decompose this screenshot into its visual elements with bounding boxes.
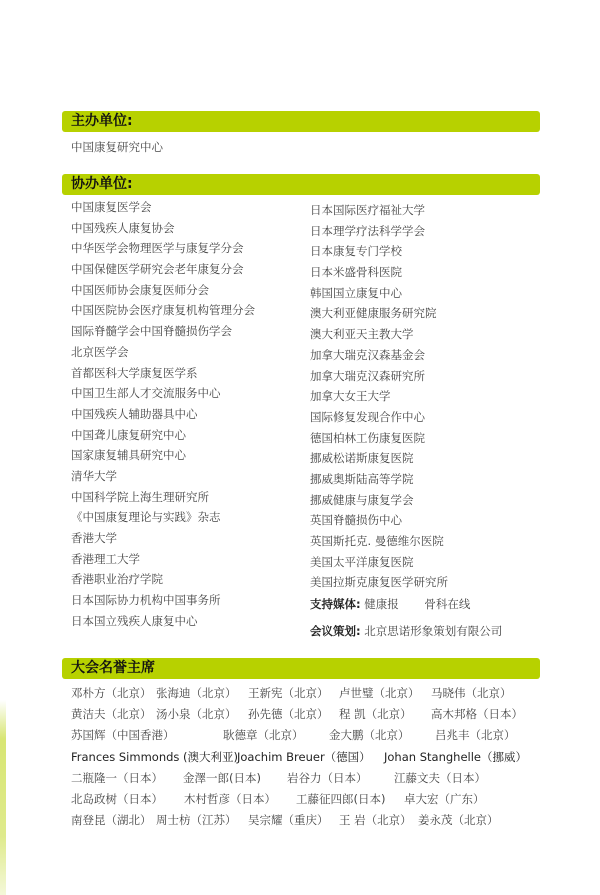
honorary-chair: 苏国辉（中国香港）: [71, 725, 175, 746]
honorary-chair: 耿德章（北京）: [223, 725, 304, 746]
honorary-chair: 王新宪（北京）: [248, 683, 329, 704]
supporting-media: 支持媒体: 健康报 骨科在线: [310, 597, 492, 611]
supporting-media-value: 骨科在线: [424, 597, 470, 611]
list-item: 中国卫生部人才交流服务中心: [71, 383, 255, 404]
honorary-chair: 金大鹏（北京）: [329, 725, 410, 746]
list-item: 中国保健医学研究会老年康复分会: [71, 259, 255, 280]
list-item: 澳大利亚天主教大学: [310, 324, 448, 345]
honorary-chair: Joachim Breuer（德国）: [237, 747, 371, 768]
conference-planning: 会议策划: 北京思诺形象策划有限公司: [310, 624, 502, 638]
section-header-co-organizers: 协办单位:: [62, 174, 540, 195]
honorary-chair: 程 凯（北京）: [339, 704, 412, 725]
honorary-chair: 吴宗耀（重庆）: [248, 810, 329, 831]
list-item: 中国医师协会康复医师分会: [71, 280, 255, 301]
host-organization: 中国康复研究中心: [71, 140, 163, 154]
list-item: 美国太平洋康复医院: [310, 552, 448, 573]
honorary-chair: 周士枋（江苏）: [156, 810, 237, 831]
list-item: 北京医学会: [71, 342, 255, 363]
honorary-chair: 南登昆（湖北）: [71, 810, 152, 831]
list-item: 挪威奥斯陆高等学院: [310, 469, 448, 490]
list-item: 日本米盛骨科医院: [310, 262, 448, 283]
honorary-chair: 王 岩（北京）: [339, 810, 412, 831]
honorary-chair: 孙先德（北京）: [248, 704, 329, 725]
list-item: 挪威健康与康复学会: [310, 490, 448, 511]
honorary-chair: 木村哲彦（日本）: [184, 789, 276, 810]
list-item: 《中国康复理论与实践》杂志: [71, 507, 255, 528]
list-item: 中国聋儿康复研究中心: [71, 425, 255, 446]
co-organizers-right-column: 日本国际医疗福祉大学 日本理学疗法科学学会 日本康复专门学校 日本米盛骨科医院 …: [310, 200, 448, 593]
supporting-media-value: 健康报: [364, 597, 399, 611]
list-item: 香港职业治疗学院: [71, 569, 255, 590]
list-item: 挪威松诺斯康复医院: [310, 448, 448, 469]
honorary-chair: 汤小泉（北京）: [156, 704, 237, 725]
list-item: 英国斯托克. 曼德维尔医院: [310, 531, 448, 552]
honorary-chair: Frances Simmonds (澳大利亚): [71, 747, 238, 768]
conference-planning-label: 会议策划:: [310, 624, 361, 638]
honorary-chair: 吕兆丰（北京）: [435, 725, 516, 746]
honor-row: 黄洁夫（北京） 汤小泉（北京） 孙先德（北京） 程 凯（北京） 高木邦格（日本）: [71, 704, 551, 725]
list-item: 中国残疾人康复协会: [71, 218, 255, 239]
list-item: 首都医科大学康复医学系: [71, 363, 255, 384]
list-item: 中华医学会物理医学与康复学分会: [71, 238, 255, 259]
list-item: 国际脊髓学会中国脊髓损伤学会: [71, 321, 255, 342]
honorary-chair: Johan Stanghelle（挪威）: [384, 747, 527, 768]
list-item: 日本康复专门学校: [310, 241, 448, 262]
honor-row: 南登昆（湖北） 周士枋（江苏） 吴宗耀（重庆） 王 岩（北京） 姜永茂（北京）: [71, 810, 551, 831]
list-item: 香港大学: [71, 528, 255, 549]
list-item: 美国拉斯克康复医学研究所: [310, 572, 448, 593]
honorary-chair: 马晓伟（北京）: [431, 683, 512, 704]
honorary-chair: 卢世璧（北京）: [339, 683, 420, 704]
list-item: 加拿大瑞克汉森研究所: [310, 366, 448, 387]
list-item: 中国医院协会医疗康复机构管理分会: [71, 300, 255, 321]
honorary-chair: 张海迪（北京）: [156, 683, 237, 704]
section-header-host: 主办单位:: [62, 111, 540, 132]
conference-planning-value: 北京思诺形象策划有限公司: [364, 624, 502, 638]
honor-row: Frances Simmonds (澳大利亚) Joachim Breuer（德…: [71, 747, 551, 768]
honorary-chair: 黄洁夫（北京）: [71, 704, 152, 725]
list-item: 日本国立残疾人康复中心: [71, 611, 255, 632]
list-item: 加拿大女王大学: [310, 386, 448, 407]
honorary-chair: 江藤文夫（日本）: [394, 768, 486, 789]
decorative-green-strip: [0, 700, 6, 895]
honor-row: 北岛政树（日本） 木村哲彦（日本） 工藤征四郎(日本) 卓大宏（广东）: [71, 789, 551, 810]
honorary-chair: 二瓶隆一（日本）: [71, 768, 163, 789]
honorary-chair: 卓大宏（广东）: [404, 789, 485, 810]
honorary-chair: 金澤一郎(日本): [183, 768, 261, 789]
list-item: 香港理工大学: [71, 549, 255, 570]
list-item: 加拿大瑞克汉森基金会: [310, 345, 448, 366]
list-item: 德国柏林工伤康复医院: [310, 428, 448, 449]
list-item: 中国科学院上海生理研究所: [71, 487, 255, 508]
co-organizers-left-column: 中国康复医学会 中国残疾人康复协会 中华医学会物理医学与康复学分会 中国保健医学…: [71, 197, 255, 631]
honorary-chair: 北岛政树（日本）: [71, 789, 163, 810]
honor-row: 苏国辉（中国香港） 耿德章（北京） 金大鹏（北京） 吕兆丰（北京）: [71, 725, 551, 746]
list-item: 中国康复医学会: [71, 197, 255, 218]
list-item: 日本理学疗法科学学会: [310, 221, 448, 242]
list-item: 清华大学: [71, 466, 255, 487]
honorary-chairs-list: 邓朴方（北京） 张海迪（北京） 王新宪（北京） 卢世璧（北京） 马晓伟（北京） …: [71, 683, 551, 831]
honorary-chair: 姜永茂（北京）: [418, 810, 499, 831]
honorary-chair: 工藤征四郎(日本): [296, 789, 385, 810]
list-item: 国际修复发现合作中心: [310, 407, 448, 428]
section-header-honorary-chairs: 大会名誉主席: [62, 658, 540, 679]
list-item: 日本国际医疗福祉大学: [310, 200, 448, 221]
list-item: 国家康复辅具研究中心: [71, 445, 255, 466]
list-item: 韩国国立康复中心: [310, 283, 448, 304]
list-item: 澳大利亚健康服务研究院: [310, 303, 448, 324]
supporting-media-label: 支持媒体:: [310, 597, 361, 611]
honorary-chair: 岩谷力（日本）: [287, 768, 368, 789]
honorary-chair: 高木邦格（日本）: [431, 704, 523, 725]
list-item: 日本国际协力机构中国事务所: [71, 590, 255, 611]
list-item: 中国残疾人辅助器具中心: [71, 404, 255, 425]
list-item: 英国脊髓损伤中心: [310, 510, 448, 531]
honor-row: 二瓶隆一（日本） 金澤一郎(日本) 岩谷力（日本） 江藤文夫（日本）: [71, 768, 551, 789]
honor-row: 邓朴方（北京） 张海迪（北京） 王新宪（北京） 卢世璧（北京） 马晓伟（北京）: [71, 683, 551, 704]
honorary-chair: 邓朴方（北京）: [71, 683, 152, 704]
